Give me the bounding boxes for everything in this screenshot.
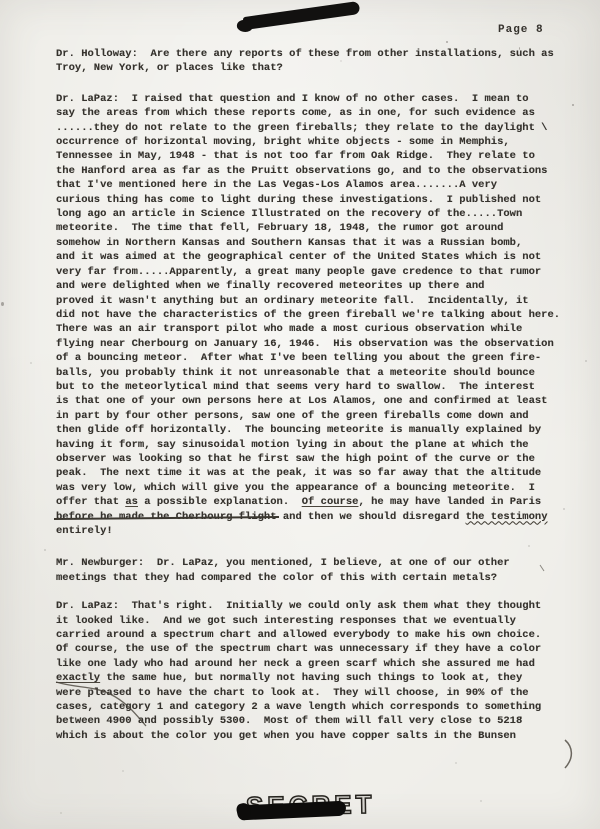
pencil-annotated-text: the testimony — [466, 511, 548, 523]
text-line: Troy, New York, or places like that? — [56, 61, 560, 75]
paragraph: Dr. LaPaz: I raised that question and I … — [56, 92, 560, 539]
scan-speck — [520, 716, 522, 719]
scan-speck — [519, 47, 520, 50]
text-line: meetings that they had compared the colo… — [56, 571, 560, 585]
scan-speck — [572, 104, 574, 106]
text-line: very far from.....Apparently, a great ma… — [56, 265, 560, 279]
page-number: Page 8 — [498, 24, 544, 36]
text-line: long ago an article in Science Illustrat… — [56, 207, 560, 221]
pencil-paren-mark — [565, 740, 571, 768]
text-line: flying near Cherbourg on January 16, 194… — [56, 337, 560, 351]
text-line: did not have the characteristics of the … — [56, 308, 560, 322]
document-text: Dr. Holloway: Are there any reports of t… — [56, 47, 560, 759]
text-line: say the areas from which these reports c… — [56, 106, 560, 120]
text-line: the Hanford area as far as the Pruitt ob… — [56, 164, 560, 178]
pencil-annotated-text: exactly — [56, 672, 100, 684]
text-line: offer that as a possible explanation. Of… — [56, 495, 560, 509]
pencil-annotated-text: as — [125, 496, 138, 508]
redaction-marker-top — [243, 1, 361, 30]
text-line: There was an air transport pilot who mad… — [56, 322, 560, 336]
text-line: is that one of your own persons here at … — [56, 394, 560, 408]
text-line: meteorite. The time that fell, February … — [56, 221, 560, 235]
text-line: proved it wasn't anything but an ordinar… — [56, 294, 560, 308]
text-line: which is about the color you get when yo… — [56, 729, 560, 743]
text-line: that I've mentioned here in the Las Vega… — [56, 178, 560, 192]
scan-speck — [30, 362, 32, 364]
text-line: Dr. LaPaz: I raised that question and I … — [56, 92, 560, 106]
scan-speck — [1, 302, 4, 306]
text-line: and it was aimed at the geographical cen… — [56, 250, 560, 264]
text-line: entirely! — [56, 524, 560, 538]
text-line: carried around a spectrum chart and allo… — [56, 628, 560, 642]
scan-speck — [44, 549, 46, 551]
text-line: exactly the same hue, but normally not h… — [56, 671, 560, 685]
scan-speck — [60, 812, 62, 814]
paragraph: Dr. LaPaz: That's right. Initially we co… — [56, 599, 560, 743]
text-line: it looked like. And we got such interest… — [56, 614, 560, 628]
scan-speck — [563, 508, 565, 510]
text-line: was very low, which will give you the ap… — [56, 481, 560, 495]
text-line: Of course, the use of the spectrum chart… — [56, 642, 560, 656]
scan-speck — [122, 770, 124, 772]
text-line: observer was looking so that he first sa… — [56, 452, 560, 466]
text-line: in part by four other persons, saw one o… — [56, 409, 560, 423]
pencil-annotated-text: before he made the Cherbourg flight — [56, 511, 277, 523]
pencil-annotated-text: Of course — [302, 496, 359, 508]
text-line: balls, you probably think it not unreaso… — [56, 366, 560, 380]
text-line: occurrence of horizontal moving, bright … — [56, 135, 560, 149]
scan-speck — [446, 41, 448, 43]
text-line: curious thing has come to light during t… — [56, 193, 560, 207]
text-line: of a bouncing meteor. After what I've be… — [56, 351, 560, 365]
text-line: then glide off horizontally. The bouncin… — [56, 423, 560, 437]
scan-speck — [340, 60, 342, 62]
scan-speck — [585, 360, 587, 362]
text-line: like one lady who had around her neck a … — [56, 657, 560, 671]
scan-speck — [95, 93, 97, 95]
classification-stamp: SECRET — [246, 790, 436, 826]
paragraph: Mr. Newburger: Dr. LaPaz, you mentioned,… — [56, 556, 560, 585]
scan-speck — [528, 545, 530, 547]
text-line: cases, category 1 and category 2 a wave … — [56, 700, 560, 714]
text-line: but to the meteorlytical mind that seems… — [56, 380, 560, 394]
text-line: before he made the Cherbourg flight and … — [56, 510, 560, 524]
scanned-document-page: Page 8 Dr. Holloway: Are there any repor… — [0, 0, 600, 829]
scan-speck — [455, 762, 457, 764]
scan-speck — [480, 800, 482, 802]
paragraph: Dr. Holloway: Are there any reports of t… — [56, 47, 560, 76]
text-line: peak. The next time it was at the peak, … — [56, 466, 560, 480]
text-line: Dr. LaPaz: That's right. Initially we co… — [56, 599, 560, 613]
text-line: and were delighted when we finally recov… — [56, 279, 560, 293]
text-line: between 4900 and possibly 5300. Most of … — [56, 714, 560, 728]
text-line: ......they do not relate to the green fi… — [56, 121, 560, 135]
text-line: Dr. Holloway: Are there any reports of t… — [56, 47, 560, 61]
text-line: Mr. Newburger: Dr. LaPaz, you mentioned,… — [56, 556, 560, 570]
text-line: were pleased to have the chart to look a… — [56, 686, 560, 700]
text-line: having it form, say sinusoidal motion ly… — [56, 438, 560, 452]
text-line: somehow in Northern Kansas and Southern … — [56, 236, 560, 250]
text-line: Tennessee in May, 1948 - that is not too… — [56, 149, 560, 163]
